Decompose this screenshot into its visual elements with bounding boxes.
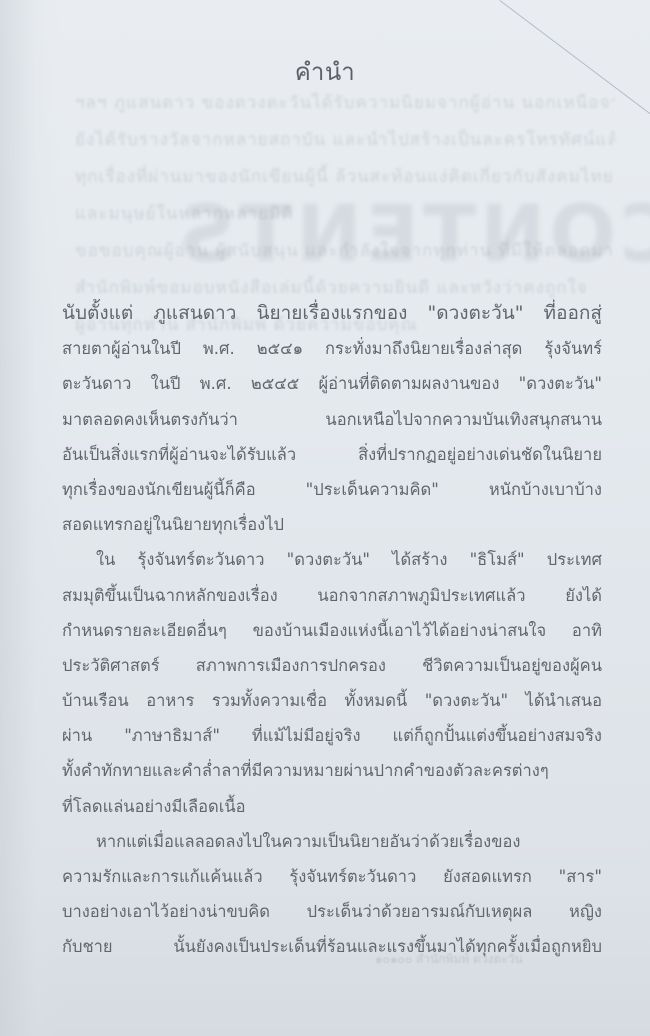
text-line: สมมุติขึ้นเป็นฉากหลักของเรื่อง นอกจากสภา…	[62, 578, 602, 613]
line-text: บางอย่างเอาไว้อย่างน่าขบคิด ประเด็นว่าด้…	[62, 902, 602, 921]
page-spine-shadow	[0, 0, 60, 1036]
line-text: ผ่าน "ภาษาธิมาส์" ที่แม้ไม่มีอยู่จริง แต…	[62, 726, 602, 745]
page-title: คำนำ	[0, 52, 650, 91]
line-text: ที่โลดแล่นอย่างมีเลือดเนื้อ	[62, 797, 246, 816]
line-text: สายตาผู้อ่านในปี พ.ศ. ๒๕๔๑ กระทั่งมาถึงน…	[62, 339, 602, 358]
line-text: มาตลอดคงเห็นตรงกันว่า นอกเหนือไปจากความบ…	[62, 410, 602, 429]
text-line: หากแต่เมื่อแลลอดลงไปในความเป็นนิยายอันว่…	[62, 824, 602, 859]
line-text: หากแต่เมื่อแลลอดลงไปในความเป็นนิยายอันว่…	[96, 832, 520, 851]
text-line: นับตั้งแต่ ภูแสนดาว นิยายเรื่องแรกของ "ด…	[62, 296, 602, 331]
text-line: กับชาย นั้นยังคงเป็นประเด็นที่ร้อนและแรง…	[62, 929, 602, 964]
bleed-line: ยังได้รับรางวัลจากหลายสถาบัน และนำไปสร้า…	[75, 122, 615, 159]
text-line: ความรักและการแก้แค้นแล้ว รุ้งจันทร์ตะวัน…	[62, 859, 602, 894]
text-line: ที่โลดแล่นอย่างมีเลือดเนื้อ	[62, 789, 602, 824]
line-text: นับตั้งแต่ ภูแสนดาว นิยายเรื่องแรกของ "ด…	[62, 302, 602, 324]
line-text: สอดแทรกอยู่ในนิยายทุกเรื่องไป	[62, 515, 284, 534]
text-line: ประวัติศาสตร์ สภาพการเมืองการปกครอง ชีวิ…	[62, 648, 602, 683]
bleed-through-heading: CONTENTS	[175, 190, 650, 280]
text-line: ทั้งคำทักทายและคำล่ำลาที่มีความหมายผ่านป…	[62, 753, 602, 788]
preface-body: นับตั้งแต่ ภูแสนดาว นิยายเรื่องแรกของ "ด…	[62, 296, 602, 965]
line-text: บ้านเรือน อาหาร รวมทั้งความเชื่อ ทั้งหมด…	[62, 691, 602, 710]
text-line: ใน รุ้งจันทร์ตะวันดาว "ดวงตะวัน" ได้สร้า…	[62, 542, 602, 577]
text-line: สอดแทรกอยู่ในนิยายทุกเรื่องไป	[62, 507, 602, 542]
text-line: ตะวันดาว ในปี พ.ศ. ๒๕๔๕ ผู้อ่านที่ติดตาม…	[62, 366, 602, 401]
line-text: ทั้งคำทักทายและคำล่ำลาที่มีความหมายผ่านป…	[62, 761, 549, 780]
text-line: ทุกเรื่องของนักเขียนผู้นี้ก็คือ "ประเด็น…	[62, 472, 602, 507]
line-text: ทุกเรื่องของนักเขียนผู้นี้ก็คือ "ประเด็น…	[62, 480, 602, 499]
text-line: ผ่าน "ภาษาธิมาส์" ที่แม้ไม่มีอยู่จริง แต…	[62, 718, 602, 753]
text-line: บางอย่างเอาไว้อย่างน่าขบคิด ประเด็นว่าด้…	[62, 894, 602, 929]
text-line: มาตลอดคงเห็นตรงกันว่า นอกเหนือไปจากความบ…	[62, 402, 602, 437]
line-text: สมมุติขึ้นเป็นฉากหลักของเรื่อง นอกจากสภา…	[62, 586, 602, 605]
line-text: ใน รุ้งจันทร์ตะวันดาว "ดวงตะวัน" ได้สร้า…	[96, 550, 602, 569]
text-line: อันเป็นสิ่งแรกที่ผู้อ่านจะได้รับแล้ว สิ่…	[62, 437, 602, 472]
line-text: อันเป็นสิ่งแรกที่ผู้อ่านจะได้รับแล้ว สิ่…	[62, 445, 602, 464]
line-text: กับชาย นั้นยังคงเป็นประเด็นที่ร้อนและแรง…	[62, 937, 602, 956]
text-line: บ้านเรือน อาหาร รวมทั้งความเชื่อ ทั้งหมด…	[62, 683, 602, 718]
line-text: ความรักและการแก้แค้นแล้ว รุ้งจันทร์ตะวัน…	[62, 867, 602, 886]
line-text: ประวัติศาสตร์ สภาพการเมืองการปกครอง ชีวิ…	[62, 656, 602, 675]
line-text: กำหนดรายละเอียดอื่นๆ ของบ้านเมืองแห่งนี้…	[62, 621, 602, 640]
text-line: สายตาผู้อ่านในปี พ.ศ. ๒๕๔๑ กระทั่งมาถึงน…	[62, 331, 602, 366]
text-line: กำหนดรายละเอียดอื่นๆ ของบ้านเมืองแห่งนี้…	[62, 613, 602, 648]
line-text: ตะวันดาว ในปี พ.ศ. ๒๕๔๕ ผู้อ่านที่ติดตาม…	[62, 374, 602, 393]
